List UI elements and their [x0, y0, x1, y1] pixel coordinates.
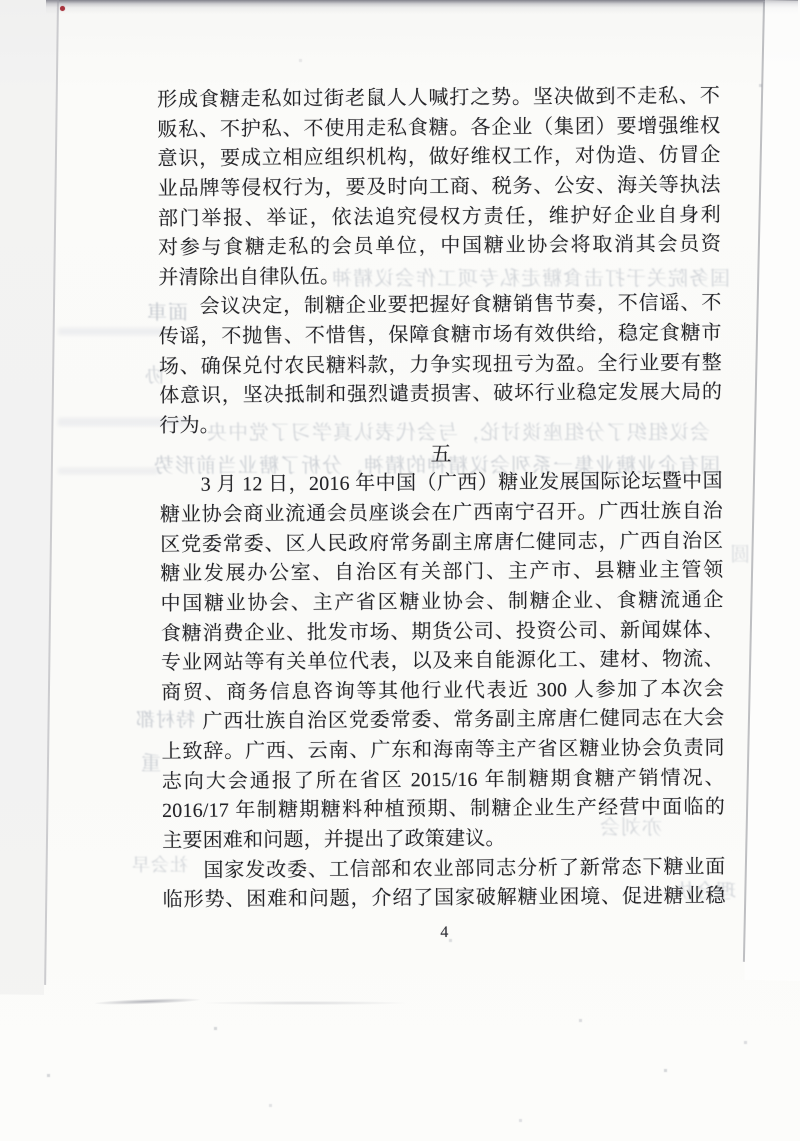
text-line: 临形势、困难和问题，介绍了国家破解糖业困境、促进糖业稳 [163, 882, 726, 916]
text-line: 专业网站等有关单位代表，以及来自能源化工、建材、物流、 [161, 645, 724, 679]
text-line: 主要困难和问题，并提出了政策建议。 [162, 823, 725, 857]
page-number: 4 [163, 916, 726, 950]
scan-smudge [95, 997, 200, 1006]
bleedthrough-text: 圆 [724, 538, 750, 567]
text-line: 场、确保兑付农民糖料款，力争实现扭亏为盈。全行业要有整 [159, 349, 722, 383]
text-line: 部门举报、举证，依法追究侵权方责任，维护好企业自身利益。 [158, 201, 721, 235]
text-line: 贩私、不护私、不使用走私食糖。各企业（集团）要增强维权 [157, 112, 720, 146]
text-line: 2016/17 年制糖期糖料种植预期、制糖企业生产经营中面临的 [162, 793, 725, 827]
text-line: 食糖消费企业、批发市场、期货公司、投资公司、新闻媒体、 [161, 616, 724, 650]
section-heading: 五 [159, 438, 722, 472]
scan-top-edge-shadow [46, 0, 798, 14]
text-line: 国家发改委、工信部和农业部同志分析了新常态下糖业面 [162, 853, 725, 887]
text-line: 形成食糖走私如过街老鼠人人喊打之势。坚决做到不走私、不 [157, 82, 720, 116]
text-line: 传谣，不抛售、不惜售，保障食糖市场有效供给，稳定食糖市 [159, 319, 722, 353]
paper-specks [0, 0, 1, 1]
scan-band [58, 468, 158, 474]
text-line: 糖业发展办公室、自治区有关部门、主产市、县糖业主管领导， [160, 556, 723, 590]
text-line: 对参与食糖走私的会员单位，中国糖业协会将取消其会员资格， [158, 230, 721, 264]
text-line: 业品牌等侵权行为，要及时向工商、税务、公安、海关等执法 [158, 171, 721, 205]
paragraph: 形成食糖走私如过街老鼠人人喊打之势。坚决做到不走私、不 贩私、不护私、不使用走私… [157, 82, 721, 293]
text-line: 糖业协会商业流通会员座谈会在广西南宁召开。广西壮族自治 [160, 497, 723, 531]
scan-band [58, 328, 168, 335]
red-ink-dot [60, 6, 65, 11]
text-line: 上致辞。广西、云南、广东和海南等主产省区糖业协会负责同 [162, 734, 725, 768]
text-line: 会议决定，制糖企业要把握好食糖销售节奏，不信谣、不 [158, 290, 721, 324]
paragraph: 广西壮族自治区党委常委、常务副主席唐仁健同志在大会 上致辞。广西、云南、广东和海… [161, 705, 725, 857]
text-line: 并清除出自律队伍。 [158, 260, 721, 294]
text-line: 商贸、商务信息咨询等其他行业代表近 300 人参加了本次会议。 [161, 675, 724, 709]
text-line: 广西壮族自治区党委常委、常务副主席唐仁健同志在大会 [161, 705, 724, 739]
text-line: 3 月 12 日，2016 年中国（广西）糖业发展国际论坛暨中国 [160, 467, 723, 501]
scan-left-margin [0, 0, 57, 995]
text-line: 行为。 [159, 408, 722, 442]
text-line: 中国糖业协会、主产省区糖业协会、制糖企业、食糖流通企业、 [161, 586, 724, 620]
text-line: 志向大会通报了所在省区 2015/16 年制糖期食糖产销情况、 [162, 764, 725, 798]
paragraph: 国家发改委、工信部和农业部同志分析了新常态下糖业面 临形势、困难和问题，介绍了国… [162, 853, 725, 916]
text-line: 意识，要成立相应组织机构，做好维权工作，对伪造、仿冒企 [157, 141, 720, 175]
paragraph: 3 月 12 日，2016 年中国（广西）糖业发展国际论坛暨中国 糖业协会商业流… [160, 467, 725, 708]
scan-smudge [205, 1001, 405, 1005]
document-body: 形成食糖走私如过街老鼠人人喊打之势。坚决做到不走私、不 贩私、不护私、不使用走私… [157, 82, 726, 950]
scanned-document-page: 会议组织了分组座谈讨论，与会代表认真学习了党中央 国有企业糖业集一系列会议精神的… [0, 0, 800, 1141]
bleedthrough-text: 重 [135, 747, 161, 776]
text-line: 体意识，坚决抵制和强烈谴责损害、破坏行业稳定发展大局的 [159, 378, 722, 412]
text-line: 区党委常委、区人民政府常务副主席唐仁健同志，广西自治区 [160, 527, 723, 561]
paragraph: 会议决定，制糖企业要把握好食糖销售节奏，不信谣、不 传谣，不抛售、不惜售，保障食… [158, 290, 722, 442]
